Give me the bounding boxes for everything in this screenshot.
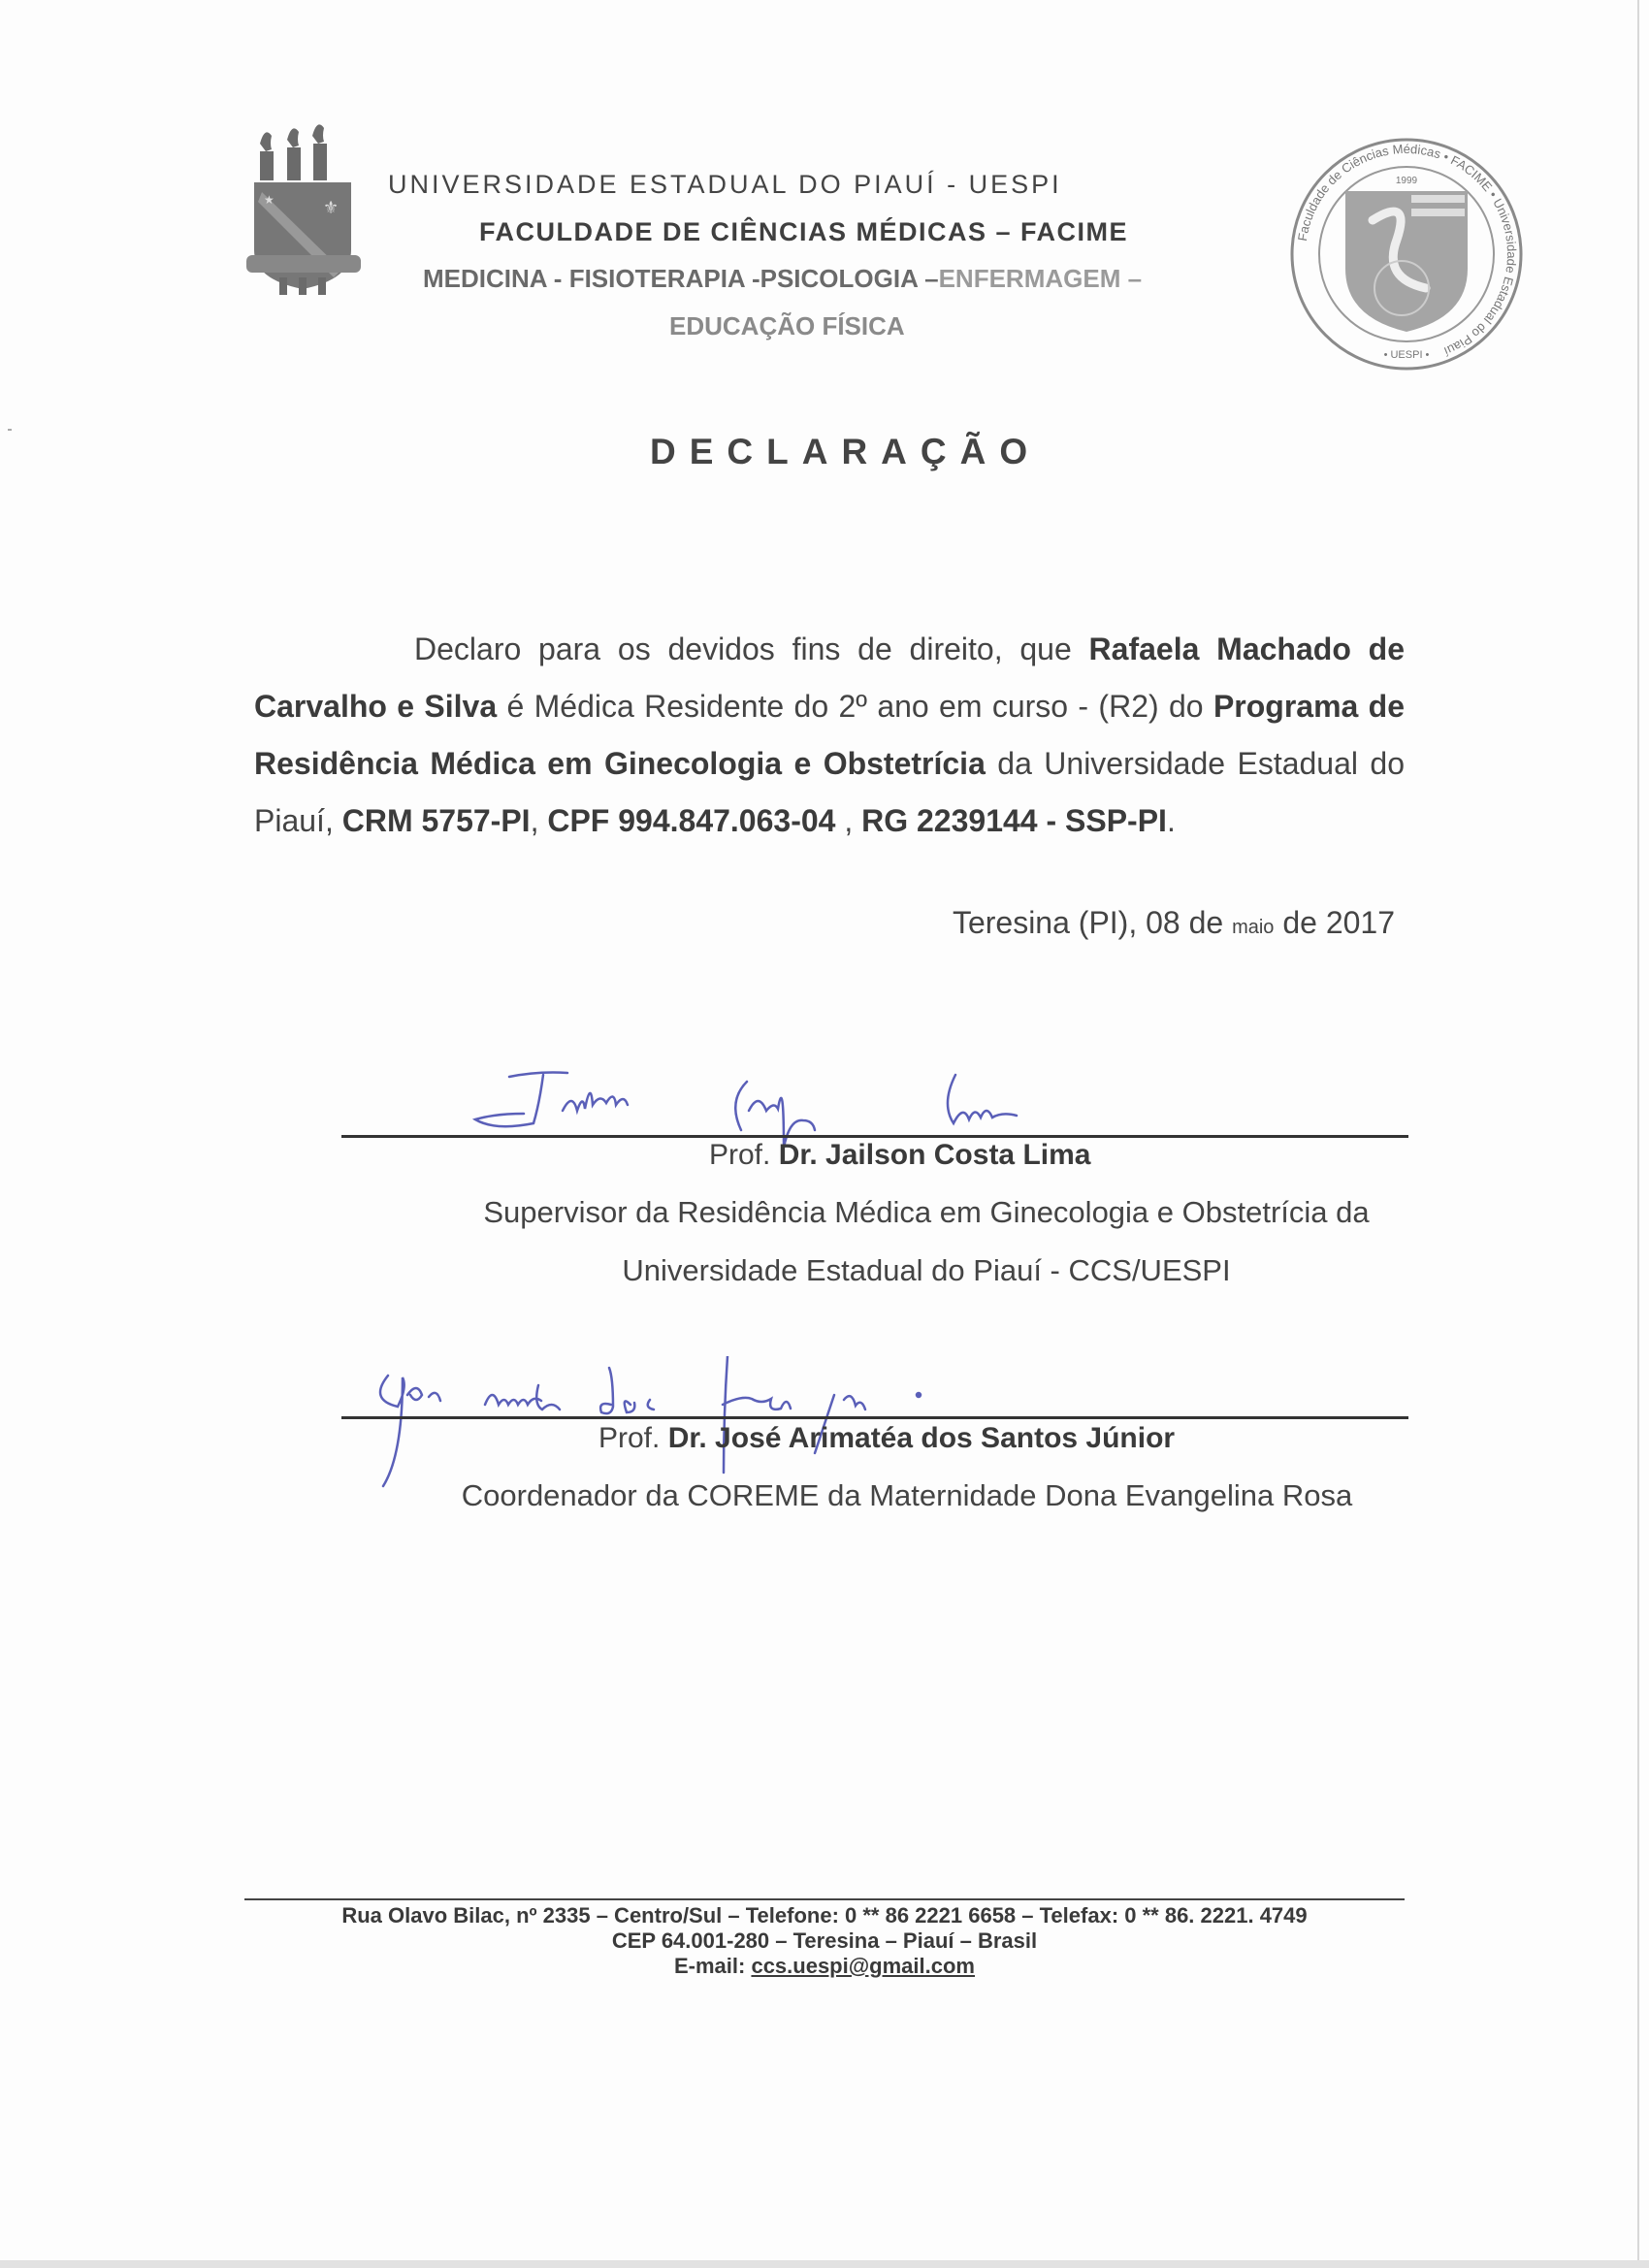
courses-main: MEDICINA - FISIOTERAPIA -PSICOLOGIA – <box>423 264 939 293</box>
signatory-name: Prof. Dr. Jailson Costa Lima <box>709 1139 1090 1172</box>
signatory-name: Prof. Dr. José Arimatéa dos Santos Júnio… <box>598 1422 1175 1455</box>
separator: , <box>531 803 548 838</box>
document-title: DECLARAÇÃO <box>650 432 1041 472</box>
title-prefix: Prof. <box>709 1139 779 1171</box>
period: . <box>1167 803 1176 838</box>
courses-line-2: EDUCAÇÃO FÍSICA <box>669 311 905 341</box>
rg-number: RG 2239144 - SSP-PI <box>861 803 1167 838</box>
separator: , <box>835 803 861 838</box>
page-edge <box>1637 0 1639 2268</box>
university-name: UNIVERSIDADE ESTADUAL DO PIAUÍ - UESPI <box>388 170 1062 200</box>
body-text-2: é Médica Residente do 2º ano em curso - … <box>497 689 1213 724</box>
svg-text:★: ★ <box>264 193 275 207</box>
date-suffix: de 2017 <box>1274 905 1395 940</box>
svg-text:⚜: ⚜ <box>323 198 339 217</box>
footer-city: CEP 64.001-280 – Teresina – Piauí – Bras… <box>244 1928 1405 1954</box>
cpf-number: CPF 994.847.063-04 <box>547 803 835 838</box>
faculty-name: FACULDADE DE CIÊNCIAS MÉDICAS – FACIME <box>479 217 1128 247</box>
document-date: Teresina (PI), 08 de maio de 2017 <box>953 905 1395 941</box>
declaration-body: Declaro para os devidos fins de direito,… <box>254 621 1405 850</box>
footer-email-line: E-mail: ccs.uespi@gmail.com <box>244 1954 1405 1979</box>
university-crest-icon: ⚜ ★ <box>241 124 367 299</box>
scan-mark <box>8 429 12 431</box>
signatory-full-name: Dr. Jailson Costa Lima <box>779 1139 1091 1171</box>
signature-line <box>341 1135 1408 1138</box>
date-month: maio <box>1232 917 1274 938</box>
footer: Rua Olavo Bilac, nº 2335 – Centro/Sul – … <box>244 1903 1405 1979</box>
page-bottom-edge <box>0 2260 1649 2268</box>
body-text-1: Declaro para os devidos fins de direito,… <box>414 632 1089 666</box>
email-label: E-mail: <box>674 1954 751 1978</box>
svg-text:• UESPI •: • UESPI • <box>1384 349 1430 361</box>
footer-address: Rua Olavo Bilac, nº 2335 – Centro/Sul – … <box>244 1903 1405 1928</box>
title-prefix: Prof. <box>598 1422 668 1454</box>
signatory-role: Supervisor da Residência Médica em Ginec… <box>427 1183 1426 1300</box>
footer-divider <box>244 1898 1405 1900</box>
date-prefix: Teresina (PI), 08 de <box>953 905 1232 940</box>
crm-number: CRM 5757-PI <box>342 803 531 838</box>
courses-line: MEDICINA - FISIOTERAPIA -PSICOLOGIA –ENF… <box>423 264 1142 294</box>
signatory-role: Coordenador da COREME da Maternidade Don… <box>456 1467 1358 1525</box>
signature-line <box>341 1416 1408 1419</box>
courses-faint: ENFERMAGEM – <box>939 264 1142 293</box>
signatory-full-name: Dr. José Arimatéa dos Santos Júnior <box>668 1422 1175 1454</box>
email-link[interactable]: ccs.uespi@gmail.com <box>751 1954 975 1978</box>
svg-text:1999: 1999 <box>1396 176 1418 186</box>
facime-seal-icon: Faculdade de Ciências Médicas • FACIME •… <box>1285 133 1528 375</box>
